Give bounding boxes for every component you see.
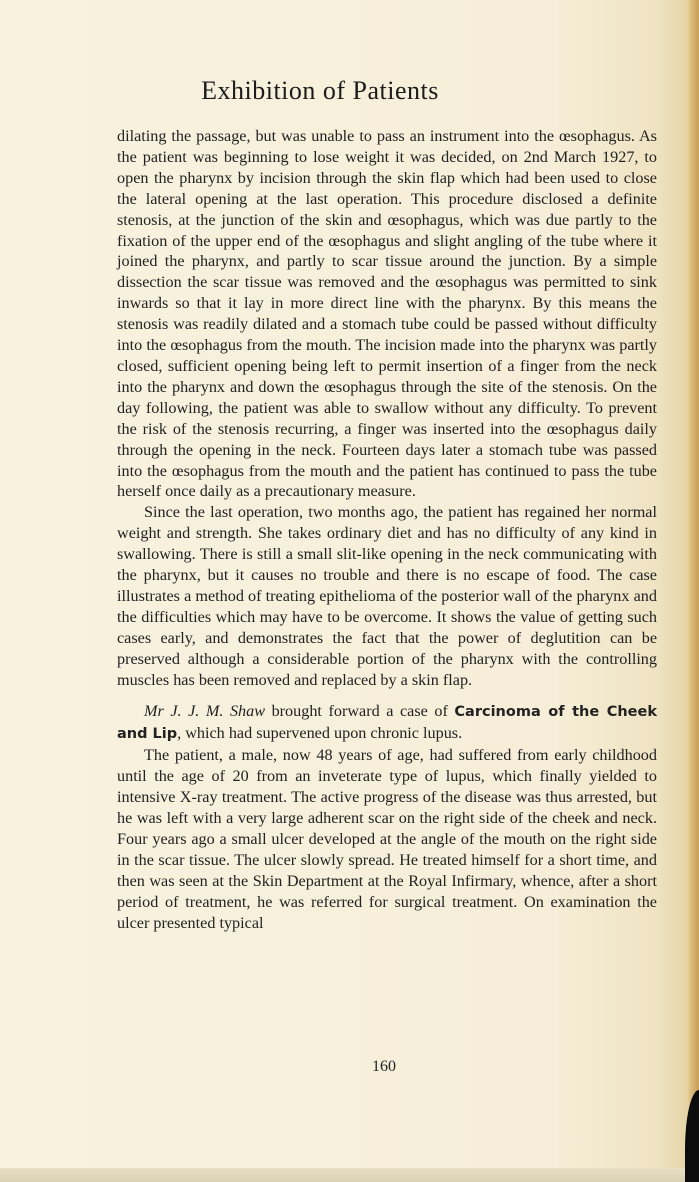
paragraph-continued: dilating the passage, but was unable to … <box>117 126 657 502</box>
book-page: Exhibition of Patients dilating the pass… <box>0 0 690 1182</box>
presenter-name: Mr J. J. M. Shaw <box>144 702 265 720</box>
case-intro-paragraph: Mr J. J. M. Shaw brought forward a case … <box>117 701 657 745</box>
paragraph: The patient, a male, now 48 years of age… <box>117 745 657 933</box>
page-edge <box>687 0 699 1182</box>
paragraph: Since the last operation, two months ago… <box>117 502 657 690</box>
case-intro-text-end: , which had supervened upon chronic lupu… <box>177 724 462 742</box>
body-text: dilating the passage, but was unable to … <box>117 126 657 933</box>
case-intro-text: brought forward a case of <box>265 702 454 720</box>
running-head: Exhibition of Patients <box>0 76 640 106</box>
page-number: 160 <box>0 1058 699 1076</box>
page-bottom-edge <box>0 1168 699 1182</box>
